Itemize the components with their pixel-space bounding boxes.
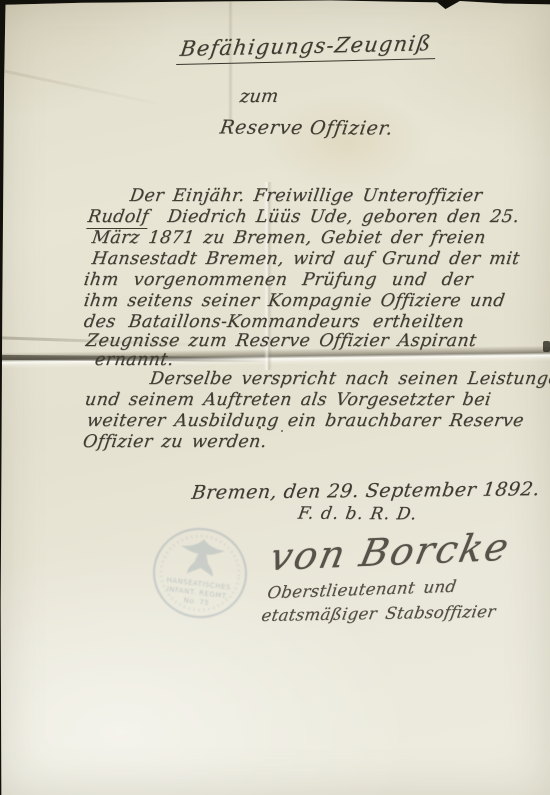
body-line: Hansestadt Bremen, wird auf Grund der mi… <box>91 249 522 269</box>
body-line: und seinem Auftreten als Vorgesetzter be… <box>84 390 493 410</box>
scanned-document-photo: Befähigungs-Zeugniß zum Reserve Offizier… <box>0 0 550 795</box>
document-paper: Befähigungs-Zeugniß zum Reserve Offizier… <box>0 0 550 795</box>
signer-rank-line-1: Oberstlieutenant und <box>266 577 458 603</box>
body-line: ihm seitens seiner Kompagnie Offiziere u… <box>83 291 507 311</box>
unit-abbreviation: F. d. b. R. D. <box>297 504 419 525</box>
signature: von Borcke <box>266 525 514 579</box>
date-line: Bremen, den 29. September 1892. <box>190 478 541 504</box>
body-line: ernannt. <box>94 350 176 370</box>
eagle-icon <box>178 537 226 578</box>
body-line: weiterer Ausbildung ein brauchbarer Rese… <box>86 411 526 431</box>
fold-crease-diagonal <box>0 63 170 108</box>
body-line: ihm vorgenommenen Prüfung und der <box>83 270 475 290</box>
body-line: Zeugnisse zum Reserve Offizier Aspirant <box>85 331 478 351</box>
signer-rank-line-2: etatsmäßiger Stabsoffizier <box>260 602 497 625</box>
regiment-stamp: HANSEATISCHES INFANT. REGMT. No. 75 <box>142 517 257 629</box>
body-line: Rudolf Diedrich Lüüs Ude, geboren den 25… <box>87 207 521 227</box>
body-line: Derselbe verspricht nach seinen Leistung… <box>149 369 550 389</box>
title-text: Befähigungs-Zeugniß <box>176 31 439 65</box>
fold-crease-vertical-top <box>228 0 233 130</box>
body-line: des Bataillons-Kommandeurs ertheilten <box>83 312 466 332</box>
recipient-name: Rudolf <box>86 207 150 229</box>
body-line: Der Einjähr. Freiwillige Unteroffizier <box>129 186 484 206</box>
document-title: Befähigungs-Zeugniß <box>178 31 438 65</box>
body-line: Offizier zu werden. <box>82 432 269 452</box>
body-line-rest: Diedrich Lüüs Ude, geboren den 25. <box>166 207 520 227</box>
title-zum: zum <box>239 86 280 107</box>
title-reserve-offizier: Reserve Offizier. <box>218 116 394 139</box>
paper-edge-tear <box>543 341 550 352</box>
body-line: März 1871 zu Bremen, Gebiet der freien <box>91 228 488 248</box>
